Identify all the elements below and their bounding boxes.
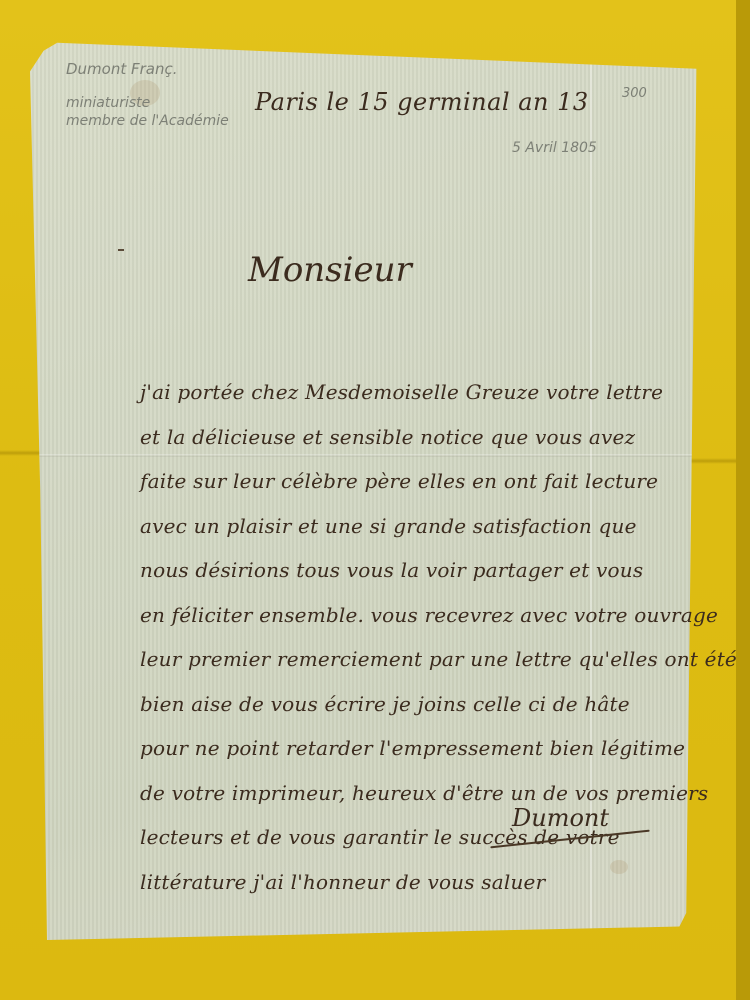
body-line: bien aise de vous écrire je joins celle … — [140, 682, 700, 727]
signature: Dumont — [512, 804, 609, 832]
price-note: 300 — [622, 86, 647, 101]
salutation: Monsieur — [248, 250, 412, 290]
body-line: faite sur leur célèbre père elles en ont… — [140, 459, 700, 504]
body-line: leur premier remerciement par une lettre… — [140, 637, 700, 682]
body-line: avec un plaisir et une si grande satisfa… — [140, 504, 700, 549]
margin-mark — [118, 249, 124, 251]
body-line: lecteurs et de vous garantir le succès d… — [140, 815, 700, 860]
body-line: littérature j'ai l'honneur de vous salue… — [140, 860, 700, 905]
body-line: nous désirions tous vous la voir partage… — [140, 548, 700, 593]
body-line: et la délicieuse et sensible notice que … — [140, 415, 700, 460]
body-line: j'ai portée chez Mesdemoiselle Greuze vo… — [140, 370, 700, 415]
letter-body: j'ai portée chez Mesdemoiselle Greuze vo… — [140, 370, 700, 904]
background-edge — [736, 0, 750, 1000]
archivist-role-note: miniaturiste — [66, 95, 150, 111]
archivist-name-note: Dumont Franç. — [66, 60, 178, 78]
body-line: en féliciter ensemble. vous recevrez ave… — [140, 593, 700, 638]
letter-dateline: Paris le 15 germinal an 13 — [255, 88, 589, 116]
gregorian-date-note: 5 Avril 1805 — [512, 140, 597, 156]
fold-shadow-left — [0, 450, 40, 456]
archivist-membership-note: membre de l'Académie — [66, 113, 229, 129]
body-line: de votre imprimeur, heureux d'être un de… — [140, 771, 700, 816]
body-line: pour ne point retarder l'empressement bi… — [140, 726, 700, 771]
